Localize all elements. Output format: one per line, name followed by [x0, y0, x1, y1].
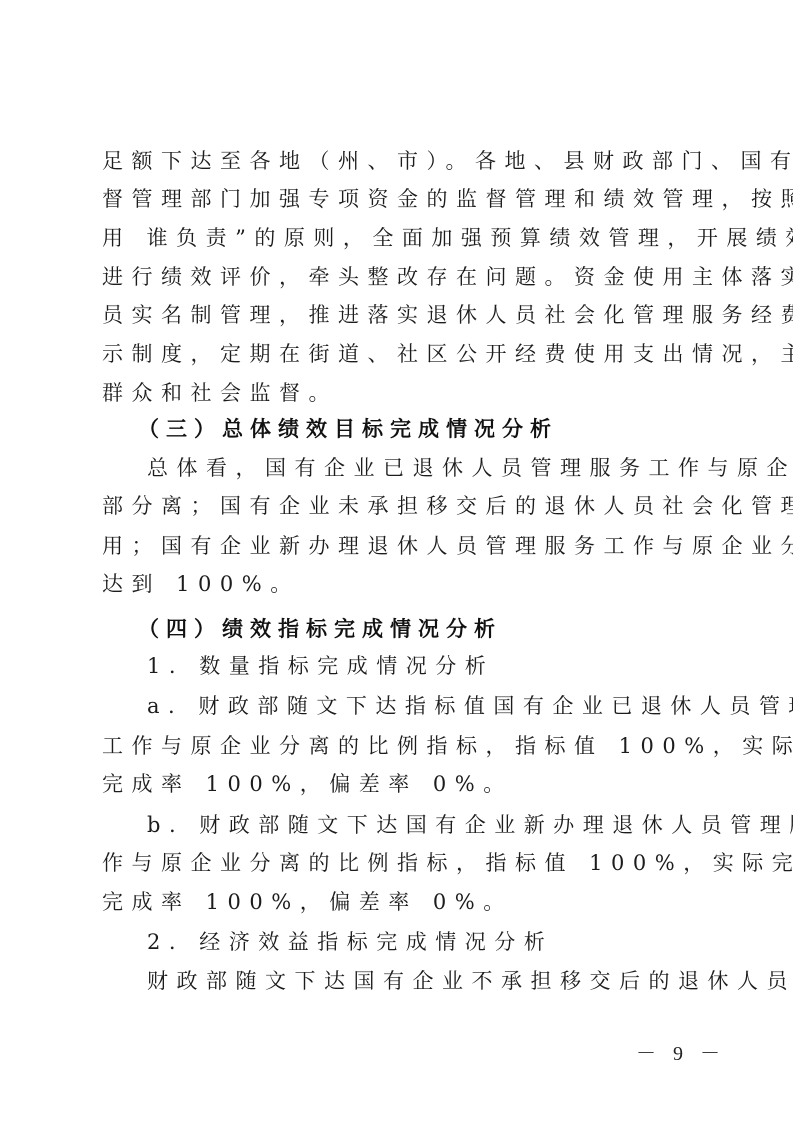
paragraph-line: 督管理部门加强专项资金的监督管理和绩效管理，按照“谁使 [102, 184, 702, 214]
paragraph-line: 示制度，定期在街道、社区公开经费使用支出情况，主动接受 [102, 339, 702, 369]
section-heading-4: （四）绩效指标完成情况分析 [138, 614, 738, 644]
paragraph-line: 完成率 100%，偏差率 0%。 [102, 769, 702, 799]
paragraph-line: 工作与原企业分离的比例指标，指标值 100%，实际完成 100%， [102, 731, 702, 761]
paragraph-line: 作与原企业分离的比例指标，指标值 100%，实际完成 100%， [102, 848, 702, 878]
paragraph-line: 用 谁负责”的原则，全面加强预算绩效管理，开展绩效监控， [102, 223, 702, 253]
subsection-heading-economic: 2. 经济效益指标完成情况分析 [147, 927, 747, 957]
paragraph-line: b. 财政部随文下达国有企业新办理退休人员管理服务工 [147, 810, 747, 840]
subsection-heading-quantity: 1. 数量指标完成情况分析 [147, 651, 747, 681]
paragraph-line: 总体看，国有企业已退休人员管理服务工作与原企业已全 [147, 453, 747, 483]
section-heading-3: （三）总体绩效目标完成情况分析 [138, 414, 738, 444]
paragraph-line: 群众和社会监督。 [102, 378, 702, 408]
paragraph-line: 部分离；国有企业未承担移交后的退休人员社会化管理服务费 [102, 491, 702, 521]
document-page: 足额下达至各地（州、市）。各地、县财政部门、国有资产监 督管理部门加强专项资金的… [0, 0, 793, 1122]
paragraph-line: 用；国有企业新办理退休人员管理服务工作与原企业分离比例 [102, 531, 702, 561]
paragraph-line: 足额下达至各地（州、市）。各地、县财政部门、国有资产监 [102, 146, 702, 176]
paragraph-line: 完成率 100%，偏差率 0%。 [102, 887, 702, 917]
paragraph-line: 达到 100%。 [102, 569, 702, 599]
paragraph-line: 财政部随文下达国有企业不承担移交后的退休人员社会 [147, 966, 747, 996]
page-number: － 9 － [636, 1037, 726, 1066]
paragraph-line: 进行绩效评价，牵头整改存在问题。资金使用主体落实退休人 [102, 262, 702, 292]
paragraph-line: 员实名制管理，推进落实退休人员社会化管理服务经费使用公 [102, 300, 702, 330]
paragraph-line: a. 财政部随文下达指标值国有企业已退休人员管理服务 [147, 691, 747, 721]
